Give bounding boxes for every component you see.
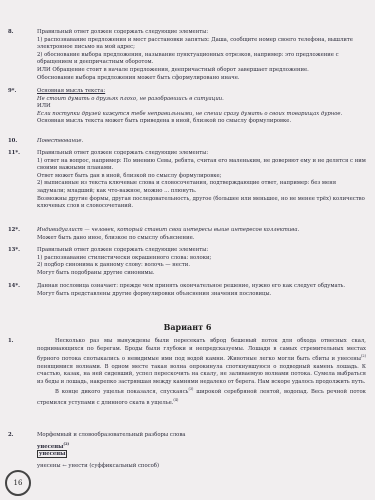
word-text: унесены <box>37 444 63 450</box>
answer-number: 11*. <box>8 150 28 158</box>
answer-line: Не стоит думать о друзьях плохо, не разо… <box>37 96 366 104</box>
task-title: Морфемный и словообразовательный разборы… <box>37 432 366 440</box>
paragraph-text: Несколько раз мы вынуждены были пересека… <box>37 338 366 362</box>
answer-line: Правильный ответ должен содержать следую… <box>37 29 366 37</box>
answer-line: Могут быть подобраны другие синонимы. <box>37 270 366 278</box>
answer-line: Возможны другие формы, другая последоват… <box>37 196 366 211</box>
answer-number: 9*. <box>8 88 28 96</box>
answer-line: ИЛИ Обращение стоит в начале предложения… <box>37 67 366 75</box>
answer-number: 14*. <box>8 283 28 291</box>
answer-line: 1) распознавание предложения и мест расс… <box>37 37 366 52</box>
answer-line: 2) подбор синонима к данному слову: воло… <box>37 262 366 270</box>
answer-11: 11*. Правильный ответ должен содержать с… <box>8 150 366 211</box>
page-number: 16 <box>5 470 31 496</box>
answer-line: Индивидуалист — человек, который ставит … <box>37 227 366 235</box>
morpheme-diagram: унесены <box>37 450 67 458</box>
answer-line: Правильный ответ должен содержать следую… <box>37 247 366 255</box>
variant-task-2: 2. Морфемный и словообразовательный разб… <box>8 432 366 440</box>
answer-number: 10. <box>8 138 28 146</box>
answer-line: 2) обоснование выбора предложения, назыв… <box>37 52 366 67</box>
answer-12: 12*. Индивидуалист — человек, который ст… <box>8 227 366 242</box>
answer-line: Основная мысль текста может быть приведе… <box>37 118 366 126</box>
task-number: 1. <box>8 338 28 346</box>
answer-14: 14*. Данная пословица означает: прежде ч… <box>8 283 366 298</box>
answer-line: 1) ответ на вопрос, например: По мнению … <box>37 158 366 173</box>
answer-13: 13*. Правильный ответ должен содержать с… <box>8 247 366 277</box>
paragraph-text: пенящимися волнами. В одном месте такая … <box>37 364 366 385</box>
task-paragraph: В конце дикого ущелья показался, спуская… <box>37 386 366 407</box>
paragraph-text: В конце дикого ущелья показался, спуская… <box>55 389 188 395</box>
task-number: 2. <box>8 432 28 440</box>
answer-line: 2) выписанные из текста ключевые слова и… <box>37 180 366 195</box>
task-paragraph: Несколько раз мы вынуждены были пересека… <box>37 338 366 386</box>
derivation-line: унесены ← унести (суффиксальный способ) <box>37 463 159 471</box>
footnote-marker: (2) <box>361 354 366 358</box>
answer-9: 9*. Основная мысль текста: Не стоит дума… <box>8 88 366 126</box>
answer-line: Правильный ответ должен содержать следую… <box>37 150 366 158</box>
answer-line: Основная мысль текста: <box>37 88 366 96</box>
variant-task-1: 1. Несколько раз мы вынуждены были перес… <box>8 338 366 407</box>
variant-title: Вариант 6 <box>0 322 375 332</box>
answer-number: 8. <box>8 29 28 37</box>
answer-number: 13*. <box>8 247 28 255</box>
answer-10: 10. Повествование. <box>8 138 366 146</box>
answer-8: 8. Правильный ответ должен содержать сле… <box>8 29 366 82</box>
document-page: 8. Правильный ответ должен содержать сле… <box>0 0 375 500</box>
answer-line: Повествование. <box>37 138 366 146</box>
footnote-marker: (2) <box>63 442 69 446</box>
answer-line: Данная пословица означает: прежде чем пр… <box>37 283 366 291</box>
answer-line: Может быть дано иное, близкое по смыслу … <box>37 235 366 243</box>
answer-number: 12*. <box>8 227 28 235</box>
answer-line: Могут быть представлены другие формулиро… <box>37 291 366 299</box>
footnote-marker: (4) <box>173 398 178 402</box>
morph-boxed-word: унесены <box>37 451 67 459</box>
answer-line: ИЛИ <box>37 103 366 111</box>
answer-line: Обоснование выбора предложения может быт… <box>37 75 366 83</box>
